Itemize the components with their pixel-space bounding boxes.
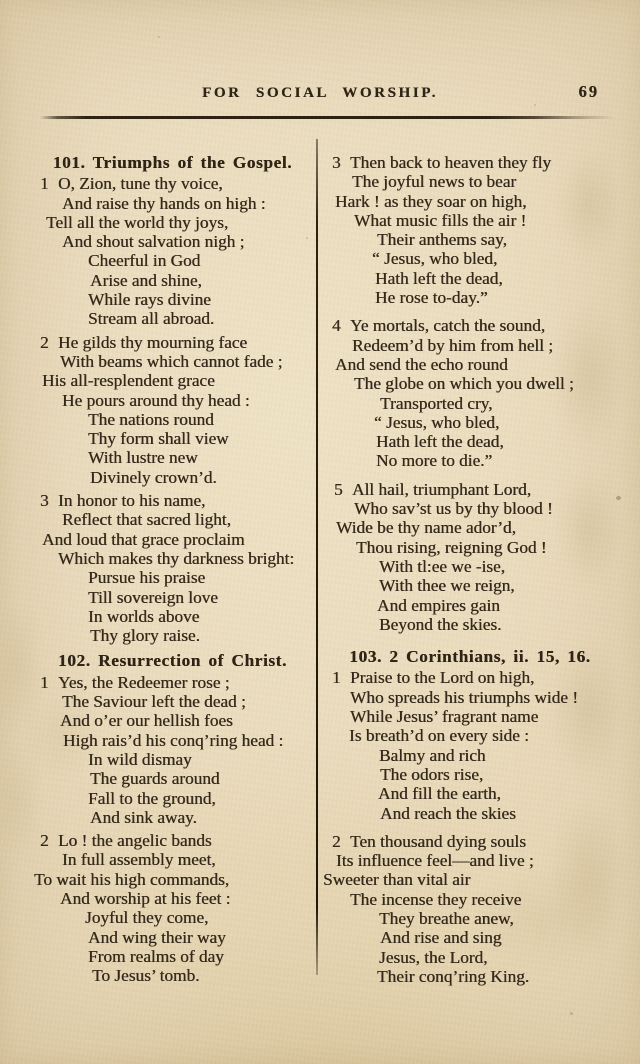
verse-text: Hath left the dead, — [376, 432, 504, 451]
verse-line: The guards around — [90, 769, 315, 788]
verse-line: And sink away. — [90, 808, 315, 827]
verse-line: Jesus, the Lord, — [379, 948, 610, 967]
verse-text: Till sovereign love — [88, 588, 218, 607]
verse-text: With tl:ee we -ise, — [379, 557, 505, 576]
verse-line: 2Lo ! the angelic bands — [40, 831, 315, 850]
verse-text: The globe on which you dwell ; — [354, 374, 574, 393]
verse-line: Till sovereign love — [88, 588, 315, 607]
verse-line: To Jesus’ tomb. — [92, 966, 315, 985]
verse-text: From realms of day — [88, 947, 224, 966]
paper-speck — [616, 496, 621, 500]
verse-text: Ten thousand dying souls — [350, 832, 526, 851]
verse-line: 1O, Zion, tune thy voice, — [40, 174, 315, 193]
verse-text: What music fills the air ! — [354, 211, 526, 230]
verse-text: While rays divine — [88, 290, 211, 309]
verse-text: The joyful news to bear — [352, 172, 516, 191]
verse-text: To wait his high commands, — [34, 870, 229, 889]
verse-line: 3In honor to his name, — [40, 491, 315, 510]
verse-text: Which makes thy darkness bright: — [58, 549, 294, 568]
verse-text: And loud that grace proclaim — [42, 530, 245, 549]
verse-line: They breathe anew, — [379, 909, 610, 928]
verse-line: And loud that grace proclaim — [42, 530, 315, 549]
verse-text: No more to die.” — [376, 451, 492, 470]
paper-speck — [158, 36, 160, 38]
verse-text: Lo ! the angelic bands — [58, 831, 212, 850]
verse-text: Hark ! as they soar on high, — [335, 192, 527, 211]
verse-line: In wild dismay — [88, 750, 315, 769]
verse-line: Hark ! as they soar on high, — [335, 192, 610, 211]
verse-text: Thou rising, reigning God ! — [356, 538, 547, 557]
verse-text: And send the echo round — [335, 355, 508, 374]
verse-text: And worship at his feet : — [60, 889, 230, 908]
verse-number: 1 — [40, 673, 58, 692]
verse-text: Fall to the ground, — [88, 789, 216, 808]
running-header: FOR SOCIAL WORSHIP. — [0, 84, 640, 102]
verse-line: From realms of day — [88, 947, 315, 966]
verse-line: “ Jesus, who bled, — [372, 249, 610, 268]
verse-text: The nations round — [88, 410, 214, 429]
verse-line: And reach the skies — [380, 804, 610, 823]
verse: 2Ten thousand dying soulsIts influence f… — [330, 832, 610, 986]
verse-text: Thy glory raise. — [90, 626, 200, 645]
verse-text: With lustre new — [88, 448, 198, 467]
verse-line: Redeem’d by him from hell ; — [352, 336, 610, 355]
page-number: 69 — [579, 82, 600, 102]
verse-number: 2 — [332, 832, 350, 851]
verse-text: Divinely crown’d. — [90, 468, 217, 487]
verse-line: 5All hail, triumphant Lord, — [334, 480, 610, 499]
verse-line: Who spreads his triumphs wide ! — [350, 688, 610, 707]
verse-line: Stream all abroad. — [88, 309, 315, 328]
verse-line: 4Ye mortals, catch the sound, — [332, 316, 610, 335]
verse-text: O, Zion, tune thy voice, — [58, 174, 223, 193]
column-divider — [316, 139, 318, 975]
verse-text: Transported cry, — [380, 394, 492, 413]
verse-line: And send the echo round — [335, 355, 610, 374]
verse-text: Reflect that sacred light, — [62, 510, 231, 529]
verse-text: The odors rise, — [380, 765, 483, 784]
verse-line: His all-resplendent grace — [42, 371, 315, 390]
verse-line: “ Jesus, who bled, — [374, 413, 610, 432]
verse-number: 5 — [334, 480, 352, 499]
verse-number: 2 — [40, 333, 58, 352]
verse-text: And sink away. — [90, 808, 197, 827]
verse-number: 3 — [40, 491, 58, 510]
verse-text: “ Jesus, who bled, — [372, 249, 497, 268]
paper-speck — [534, 104, 536, 106]
verse-text: All hail, triumphant Lord, — [352, 480, 531, 499]
verse-number: 1 — [332, 668, 350, 687]
verse: 3Then back to heaven they flyThe joyful … — [330, 153, 610, 307]
book-page: FOR SOCIAL WORSHIP. 69 101. Triumphs of … — [0, 0, 640, 1064]
verse-text: Is breath’d on every side : — [349, 726, 529, 745]
verse-line: Balmy and rich — [379, 746, 610, 765]
verse-line: The odors rise, — [380, 765, 610, 784]
verse-line: Which makes thy darkness bright: — [58, 549, 315, 568]
verse-text: Joyful they come, — [85, 908, 208, 927]
verse-text: The guards around — [90, 769, 220, 788]
verse-number: 1 — [40, 174, 58, 193]
verse-text: Cheerful in God — [88, 251, 200, 270]
verse-line: And o’er our hellish foes — [60, 711, 315, 730]
verse: 2Lo ! the angelic bandsIn full assembly … — [30, 831, 315, 985]
verse-line: And shout salvation nigh ; — [62, 232, 315, 251]
verse-line: Transported cry, — [380, 394, 610, 413]
verse: 1Yes, the Redeemer rose ;The Saviour lef… — [30, 673, 315, 827]
right-column: 3Then back to heaven they flyThe joyful … — [330, 145, 610, 995]
verse-text: Balmy and rich — [379, 746, 486, 765]
verse-line: 1Yes, the Redeemer rose ; — [40, 673, 315, 692]
verse-text: In worlds above — [88, 607, 199, 626]
verse-line: Tell all the world thy joys, — [46, 213, 315, 232]
verse-line: In worlds above — [88, 607, 315, 626]
verse-text: And empires gain — [377, 596, 500, 615]
verse-text: To Jesus’ tomb. — [92, 966, 199, 985]
paper-speck — [570, 1012, 573, 1015]
verse-text: Thy form shall view — [88, 429, 229, 448]
verse-number: 2 — [40, 831, 58, 850]
verse-line: Thou rising, reigning God ! — [356, 538, 610, 557]
verse: 1O, Zion, tune thy voice,And raise thy h… — [30, 174, 315, 328]
verse-text: Jesus, the Lord, — [379, 948, 487, 967]
verse-line: And rise and sing — [380, 928, 610, 947]
verse-line: While Jesus’ fragrant name — [350, 707, 610, 726]
verse-line: Hath left the dead, — [375, 269, 610, 288]
verse-line: No more to die.” — [376, 451, 610, 470]
verse-text: The incense they receive — [350, 890, 521, 909]
verse-text: Wide be thy name ador’d, — [336, 518, 516, 537]
verse-text: He gilds thy mourning face — [58, 333, 247, 352]
verse-line: Pursue his praise — [88, 568, 315, 587]
verse-line: Cheerful in God — [88, 251, 315, 270]
verse-text: His all-resplendent grace — [42, 371, 215, 390]
verse-text: And reach the skies — [380, 804, 516, 823]
verse-text: Sweeter than vital air — [323, 870, 470, 889]
verse-line: Joyful they come, — [85, 908, 315, 927]
verse-line: 1Praise to the Lord on high, — [332, 668, 610, 687]
verse-line: The Saviour left the dead ; — [62, 692, 315, 711]
verse-text: And shout salvation nigh ; — [62, 232, 244, 251]
page-header-title: FOR SOCIAL WORSHIP. — [202, 85, 438, 101]
verse-text: In full assembly meet, — [62, 850, 216, 869]
verse-line: The nations round — [88, 410, 315, 429]
verse-line: And empires gain — [377, 596, 610, 615]
verse: 3In honor to his name,Reflect that sacre… — [30, 491, 315, 645]
verse-line: Reflect that sacred light, — [62, 510, 315, 529]
verse-line: Beyond the skies. — [379, 615, 610, 634]
verse-line: Wide be thy name ador’d, — [336, 518, 610, 537]
verse-line: 2Ten thousand dying souls — [332, 832, 610, 851]
verse: 5All hail, triumphant Lord,Who sav’st us… — [330, 480, 610, 634]
verse-text: Who sav’st us by thy blood ! — [354, 499, 553, 518]
left-column: 101. Triumphs of the Gospel.1O, Zion, tu… — [30, 145, 315, 989]
hymn-heading: 102. Resurrection of Christ. — [30, 651, 315, 670]
verse-text: In wild dismay — [88, 750, 192, 769]
verse-text: While Jesus’ fragrant name — [350, 707, 538, 726]
verse-number: 3 — [332, 153, 350, 172]
verse-line: Their anthems say, — [377, 230, 610, 249]
verse-line: And raise thy hands on high : — [62, 194, 315, 213]
verse-line: And fill the earth, — [378, 784, 610, 803]
verse-line: With lustre new — [88, 448, 315, 467]
verse-text: Beyond the skies. — [379, 615, 501, 634]
verse-line: High rais’d his conq’ring head : — [63, 731, 315, 750]
verse-line: What music fills the air ! — [354, 211, 610, 230]
hymn-heading: 103. 2 Corinthians, ii. 15, 16. — [330, 647, 610, 666]
verse-text: Its influence feel—and live ; — [336, 851, 534, 870]
verse-line: Thy form shall view — [88, 429, 315, 448]
verse-line: Divinely crown’d. — [90, 468, 315, 487]
verse-line: 2He gilds thy mourning face — [40, 333, 315, 352]
verse-line: With beams which cannot fade ; — [60, 352, 315, 371]
verse-text: Redeem’d by him from hell ; — [352, 336, 553, 355]
verse-line: He pours around thy head : — [62, 391, 315, 410]
verse-text: With thee we reign, — [379, 576, 515, 595]
verse-line: Fall to the ground, — [88, 789, 315, 808]
verse-text: Stream all abroad. — [88, 309, 214, 328]
verse-number: 4 — [332, 316, 350, 335]
verse-text: They breathe anew, — [379, 909, 514, 928]
verse-text: And wing their way — [88, 928, 226, 947]
verse-line: The incense they receive — [350, 890, 610, 909]
verse-line: With tl:ee we -ise, — [379, 557, 610, 576]
verse-text: And rise and sing — [380, 928, 501, 947]
verse-line: Sweeter than vital air — [323, 870, 610, 889]
verse-line: Arise and shine, — [90, 271, 315, 290]
verse-text: Arise and shine, — [90, 271, 202, 290]
verse-line: 3Then back to heaven they fly — [332, 153, 610, 172]
verse-text: Tell all the world thy joys, — [46, 213, 228, 232]
verse-line: Is breath’d on every side : — [349, 726, 610, 745]
verse-line: The globe on which you dwell ; — [354, 374, 610, 393]
verse-text: Praise to the Lord on high, — [350, 668, 534, 687]
verse-text: Yes, the Redeemer rose ; — [58, 673, 230, 692]
verse-line: Their conq’ring King. — [377, 967, 610, 986]
verse-text: He rose to-day.” — [375, 288, 488, 307]
verse-text: With beams which cannot fade ; — [60, 352, 282, 371]
verse-text: Pursue his praise — [88, 568, 205, 587]
verse: 4Ye mortals, catch the sound,Redeem’d by… — [330, 316, 610, 470]
verse-line: He rose to-day.” — [375, 288, 610, 307]
verse-text: In honor to his name, — [58, 491, 205, 510]
verse-line: Who sav’st us by thy blood ! — [354, 499, 610, 518]
verse: 1Praise to the Lord on high,Who spreads … — [330, 668, 610, 822]
header-rule — [40, 116, 614, 119]
verse-line: Thy glory raise. — [90, 626, 315, 645]
verse-text: And fill the earth, — [378, 784, 501, 803]
verse-text: He pours around thy head : — [62, 391, 250, 410]
verse-text: Their conq’ring King. — [377, 967, 529, 986]
verse: 2He gilds thy mourning faceWith beams wh… — [30, 333, 315, 487]
verse-line: And worship at his feet : — [60, 889, 315, 908]
verse-text: Who spreads his triumphs wide ! — [350, 688, 578, 707]
verse-text: Hath left the dead, — [375, 269, 503, 288]
verse-line: The joyful news to bear — [352, 172, 610, 191]
verse-line: Hath left the dead, — [376, 432, 610, 451]
verse-line: In full assembly meet, — [62, 850, 315, 869]
verse-text: “ Jesus, who bled, — [374, 413, 499, 432]
verse-text: The Saviour left the dead ; — [62, 692, 246, 711]
verse-line: While rays divine — [88, 290, 315, 309]
verse-line: To wait his high commands, — [34, 870, 315, 889]
verse-line: With thee we reign, — [379, 576, 610, 595]
verse-text: And o’er our hellish foes — [60, 711, 233, 730]
hymn-heading: 101. Triumphs of the Gospel. — [30, 153, 315, 172]
verse-line: And wing their way — [88, 928, 315, 947]
verse-text: And raise thy hands on high : — [62, 194, 266, 213]
verse-text: Then back to heaven they fly — [350, 153, 551, 172]
verse-text: Ye mortals, catch the sound, — [350, 316, 545, 335]
verse-text: Their anthems say, — [377, 230, 507, 249]
verse-text: High rais’d his conq’ring head : — [63, 731, 283, 750]
verse-line: Its influence feel—and live ; — [336, 851, 610, 870]
